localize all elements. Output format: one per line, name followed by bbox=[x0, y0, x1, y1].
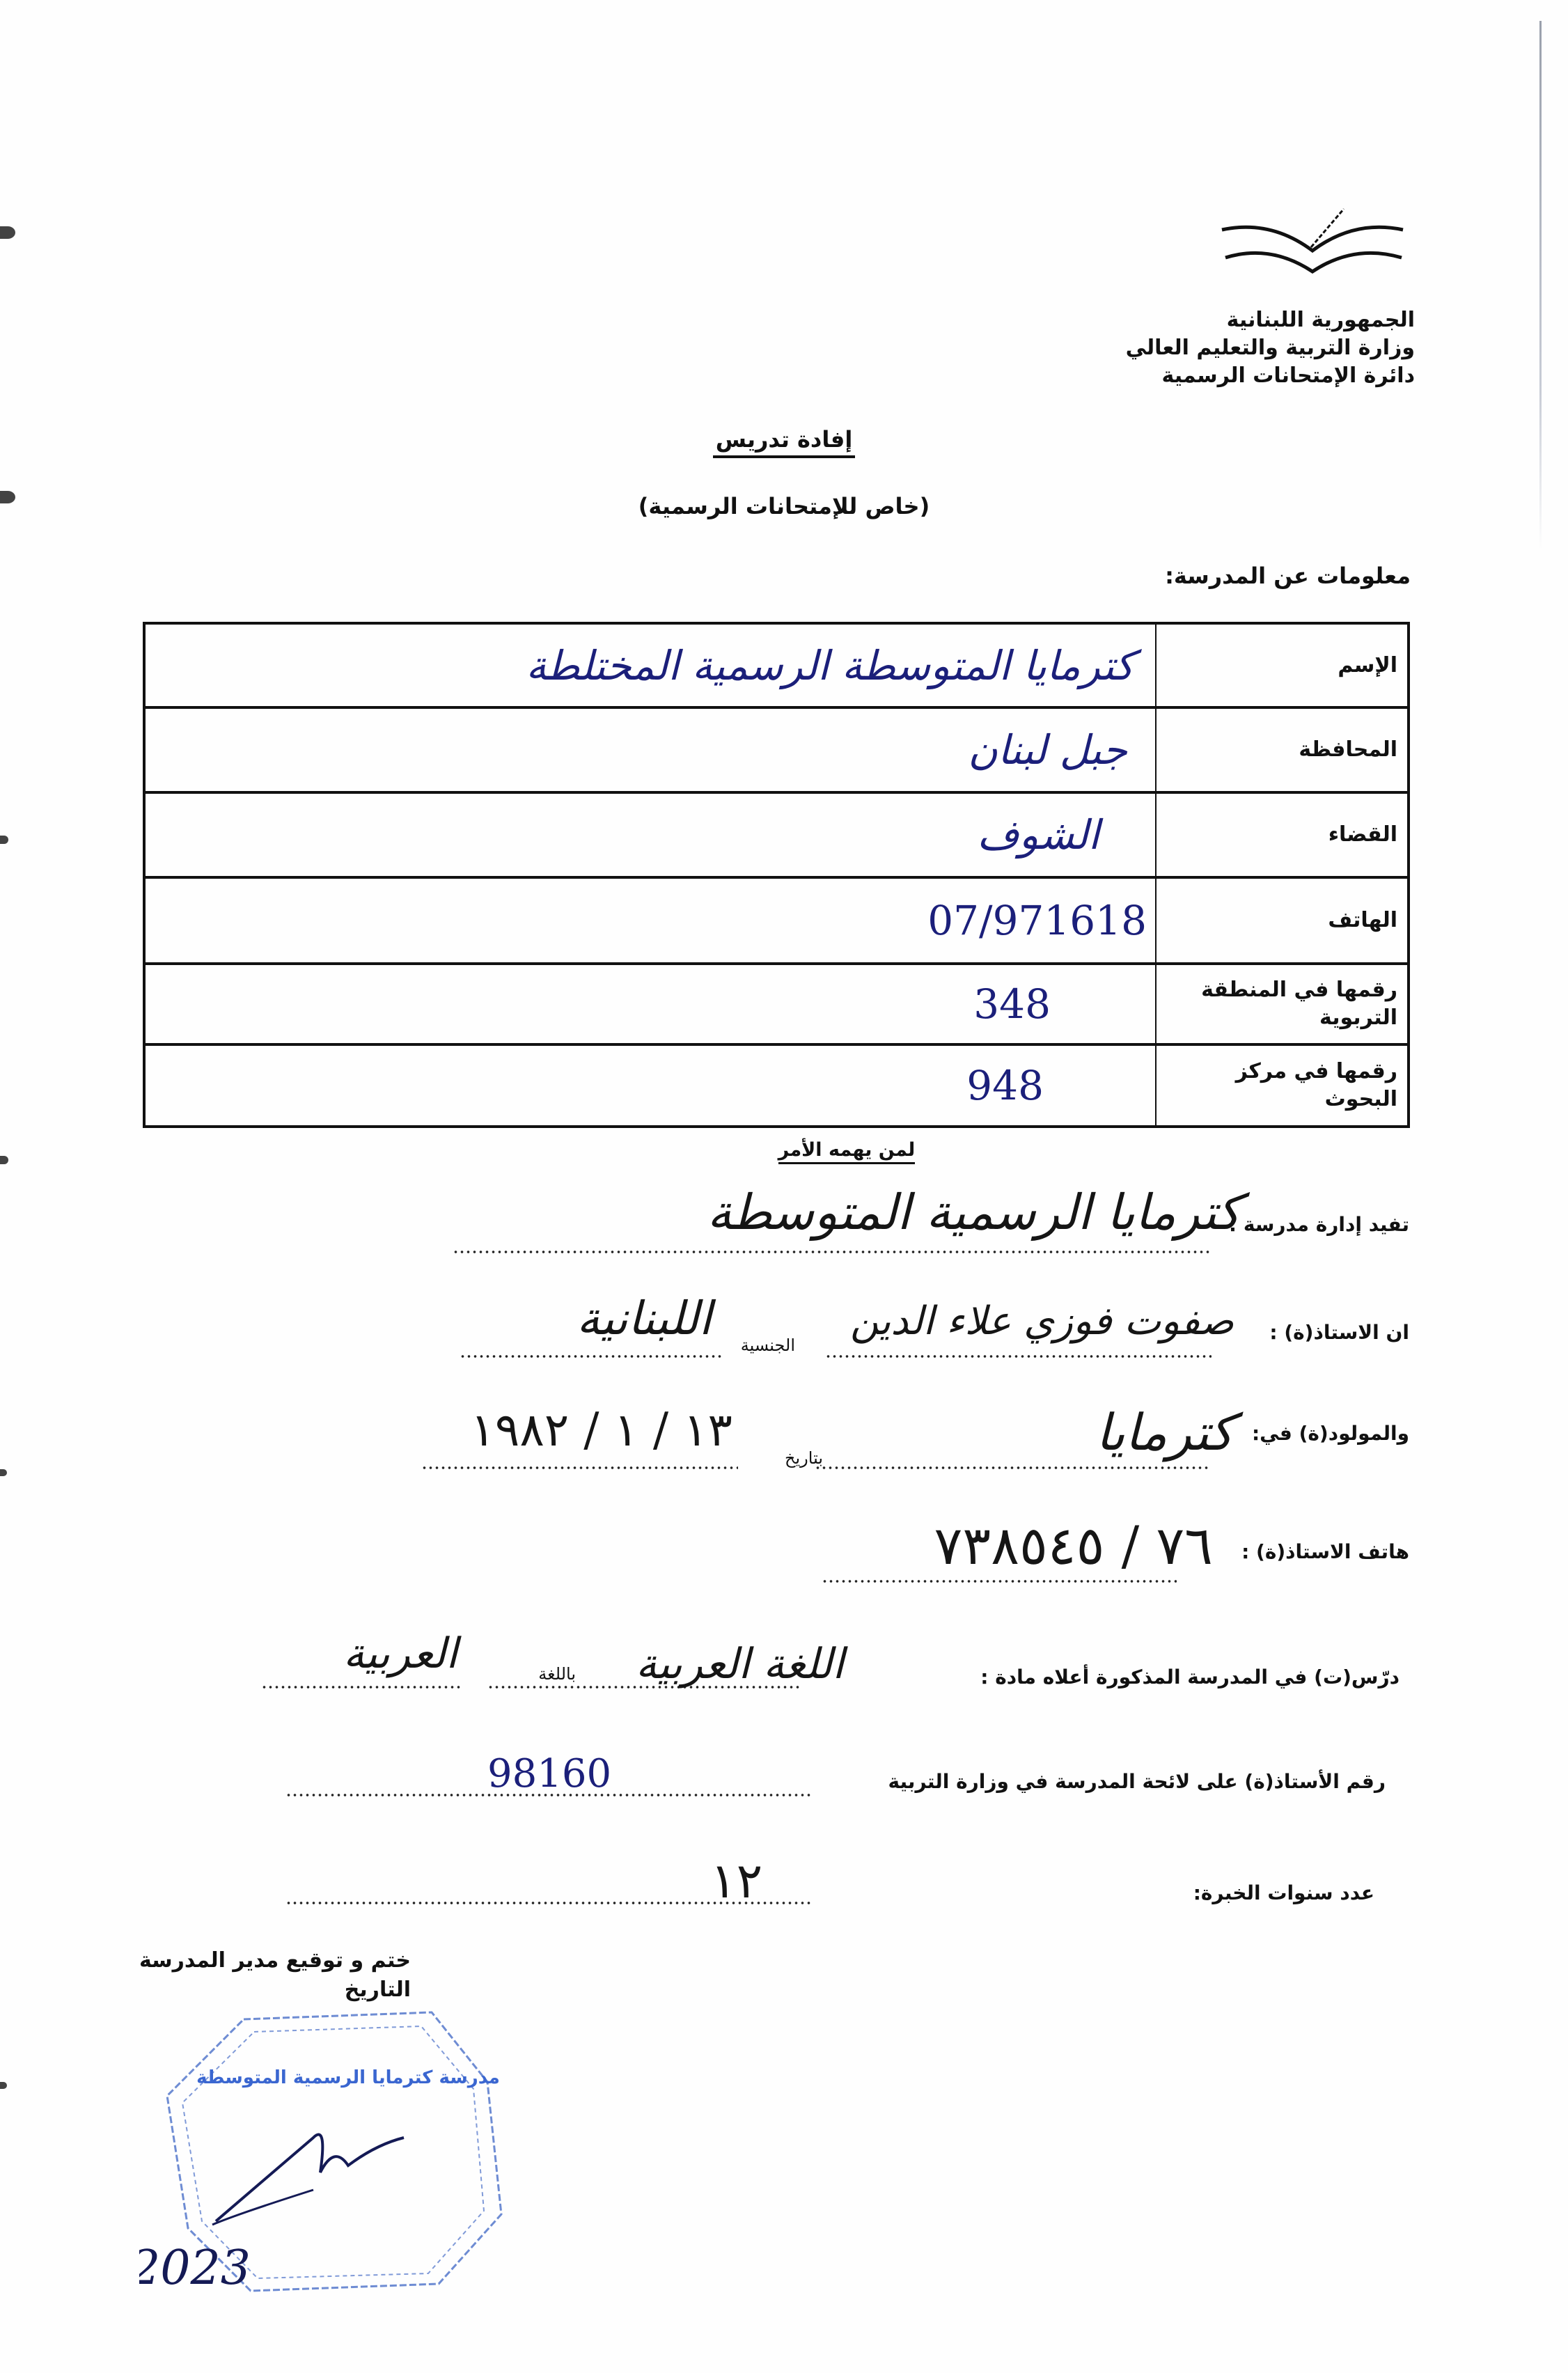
birthplace-value: كترمايا bbox=[1096, 1403, 1234, 1462]
signature-date-label: التاريخ bbox=[132, 1975, 411, 2005]
subject-label: درّس(ت) في المدرسة المذكورة أعلاه مادة : bbox=[980, 1664, 1400, 1691]
nationality-value: اللبنانية bbox=[577, 1292, 712, 1345]
teacher-name-value: صفوت فوزي علاء الدين bbox=[850, 1299, 1234, 1344]
experience-years-value: ١٢ bbox=[710, 1852, 762, 1909]
dotted-line bbox=[421, 1466, 738, 1470]
signature-date-value: 5/6/2023 bbox=[139, 2241, 251, 2296]
registry-number-label: رقم الأستاذ(ة) على لائحة المدرسة في وزار… bbox=[888, 1769, 1386, 1795]
dotted-line bbox=[453, 1250, 1212, 1254]
school-stamp-icon: مدرسة كترمايا الرسمية المتوسطة 5/6/2023 bbox=[139, 2005, 529, 2298]
school-admin-value: كترمايا الرسمية المتوسطة bbox=[707, 1184, 1241, 1241]
registry-number-value: 98160 bbox=[487, 1751, 611, 1796]
nationality-label: الجنسية bbox=[741, 1336, 795, 1355]
teacher-label: ان الاستاذ(ة) : bbox=[1298, 1319, 1409, 1346]
language-label: باللغة bbox=[538, 1664, 576, 1684]
dotted-line bbox=[261, 1685, 463, 1689]
dotted-line bbox=[822, 1579, 1177, 1583]
school-admin-label: تفيد إدارة مدرسة : bbox=[1319, 1212, 1409, 1238]
dotted-line bbox=[815, 1466, 1208, 1470]
dotted-line bbox=[460, 1354, 724, 1358]
stamp-text: مدرسة كترمايا الرسمية المتوسطة bbox=[196, 2067, 500, 2088]
birthdate-value: ١٣ / ١ / ١٩٨٢ bbox=[470, 1403, 732, 1457]
dotted-line bbox=[825, 1354, 1212, 1358]
teacher-phone-value: ٧٦ / ٧٣٨٥٤٥ bbox=[934, 1514, 1213, 1576]
signature-block-label: ختم و توقيع مدير المدرسة التاريخ bbox=[132, 1946, 411, 2005]
scanned-document-page: الجمهورية اللبنانية وزارة التربية والتعل… bbox=[0, 0, 1568, 2373]
principal-stamp-signature-label: ختم و توقيع مدير المدرسة bbox=[132, 1946, 411, 1975]
subject-value: اللغة العربية bbox=[636, 1640, 844, 1689]
language-value: العربية bbox=[343, 1629, 457, 1678]
birthplace-label: والمولود(ة) في: bbox=[1291, 1420, 1409, 1447]
teacher-phone-label: هاتف الاستاذ(ة) : bbox=[1312, 1539, 1409, 1565]
experience-years-label: عدد سنوات الخبرة: bbox=[1193, 1880, 1374, 1906]
birthdate-label: بتاريخ bbox=[785, 1448, 823, 1468]
